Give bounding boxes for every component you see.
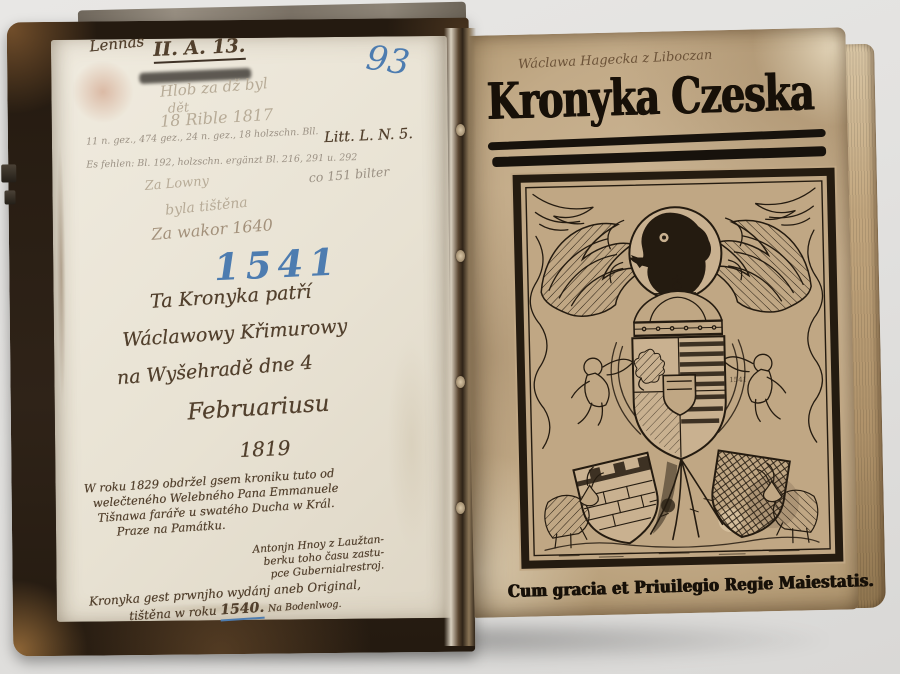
left-board-leather: Lennas II. A. 13. Hlob za dž byl dět 18 … [7,18,476,657]
title-page: Wáclawa Hagecka z Liboczan Kronyka Czesk… [461,27,858,618]
spine-gutter [444,28,476,646]
shelfmark-note: II. A. 13. [153,37,246,64]
provenance-paragraph: W roku 1829 obdržel gsem kroniku tuto od… [84,466,341,542]
edition-note-text: tištěna w roku [129,604,217,623]
sewing-station [456,124,465,136]
collation-note: 11 n. gez., 474 gez., 24 n. gez., 18 hol… [86,127,319,148]
clasp-hardware [4,190,15,204]
dedication-line: Februariusu [187,392,331,425]
sewing-station [456,250,465,262]
edition-year: 1540. [220,600,265,622]
imprint-line: Cum gracia et Priuilegio Regie Maiestati… [508,570,874,602]
woodcut-date: 1541 [729,376,747,384]
dedication-line: Wáclawowy Křimurowy [122,317,348,351]
dedication-line: Ta Kronyka patří [150,283,312,313]
dedication-line: na Wyšehradě dne 4 [116,354,313,390]
faint-pencil-note: Za Lowny [144,175,209,194]
handwritten-corner-word: Lennas [89,34,145,55]
blue-pencil-number: 93 [364,41,412,83]
litt-shelfmark: Litt. L. N. 5. [324,127,413,146]
left-pastedown-page: Lennas II. A. 13. Hlob za dž byl dět 18 … [51,36,453,622]
book-title: Kronyka Czeska [486,62,814,131]
censor-stroke [492,146,826,167]
sewing-station [456,376,465,388]
missing-leaves-note: Es fehlen: Bl. 192, holzschn. ergänzt Bl… [86,153,357,171]
faint-pencil-note: Za wakor 1640 [151,217,274,244]
faint-pencil-note: byla tištěna [165,196,249,219]
edition-tail-note: Na Bodenlwog. [268,599,342,615]
clasp-hardware [1,164,16,182]
blue-pencil-year: 1541 [213,243,342,288]
dedication-line: 1819 [239,438,291,461]
signature-block: Antonjn Hnoy z Laužtan- berku toho času … [252,533,386,582]
sewing-station [456,502,465,514]
woodcut-coat-of-arms: 1541 [511,166,846,571]
faint-pencil-note: co 151 bilter [308,165,390,185]
faint-pencil-note: 18 Rible 1817 [160,107,274,131]
photo-backdrop: Lennas II. A. 13. Hlob za dž byl dět 18 … [0,0,900,674]
